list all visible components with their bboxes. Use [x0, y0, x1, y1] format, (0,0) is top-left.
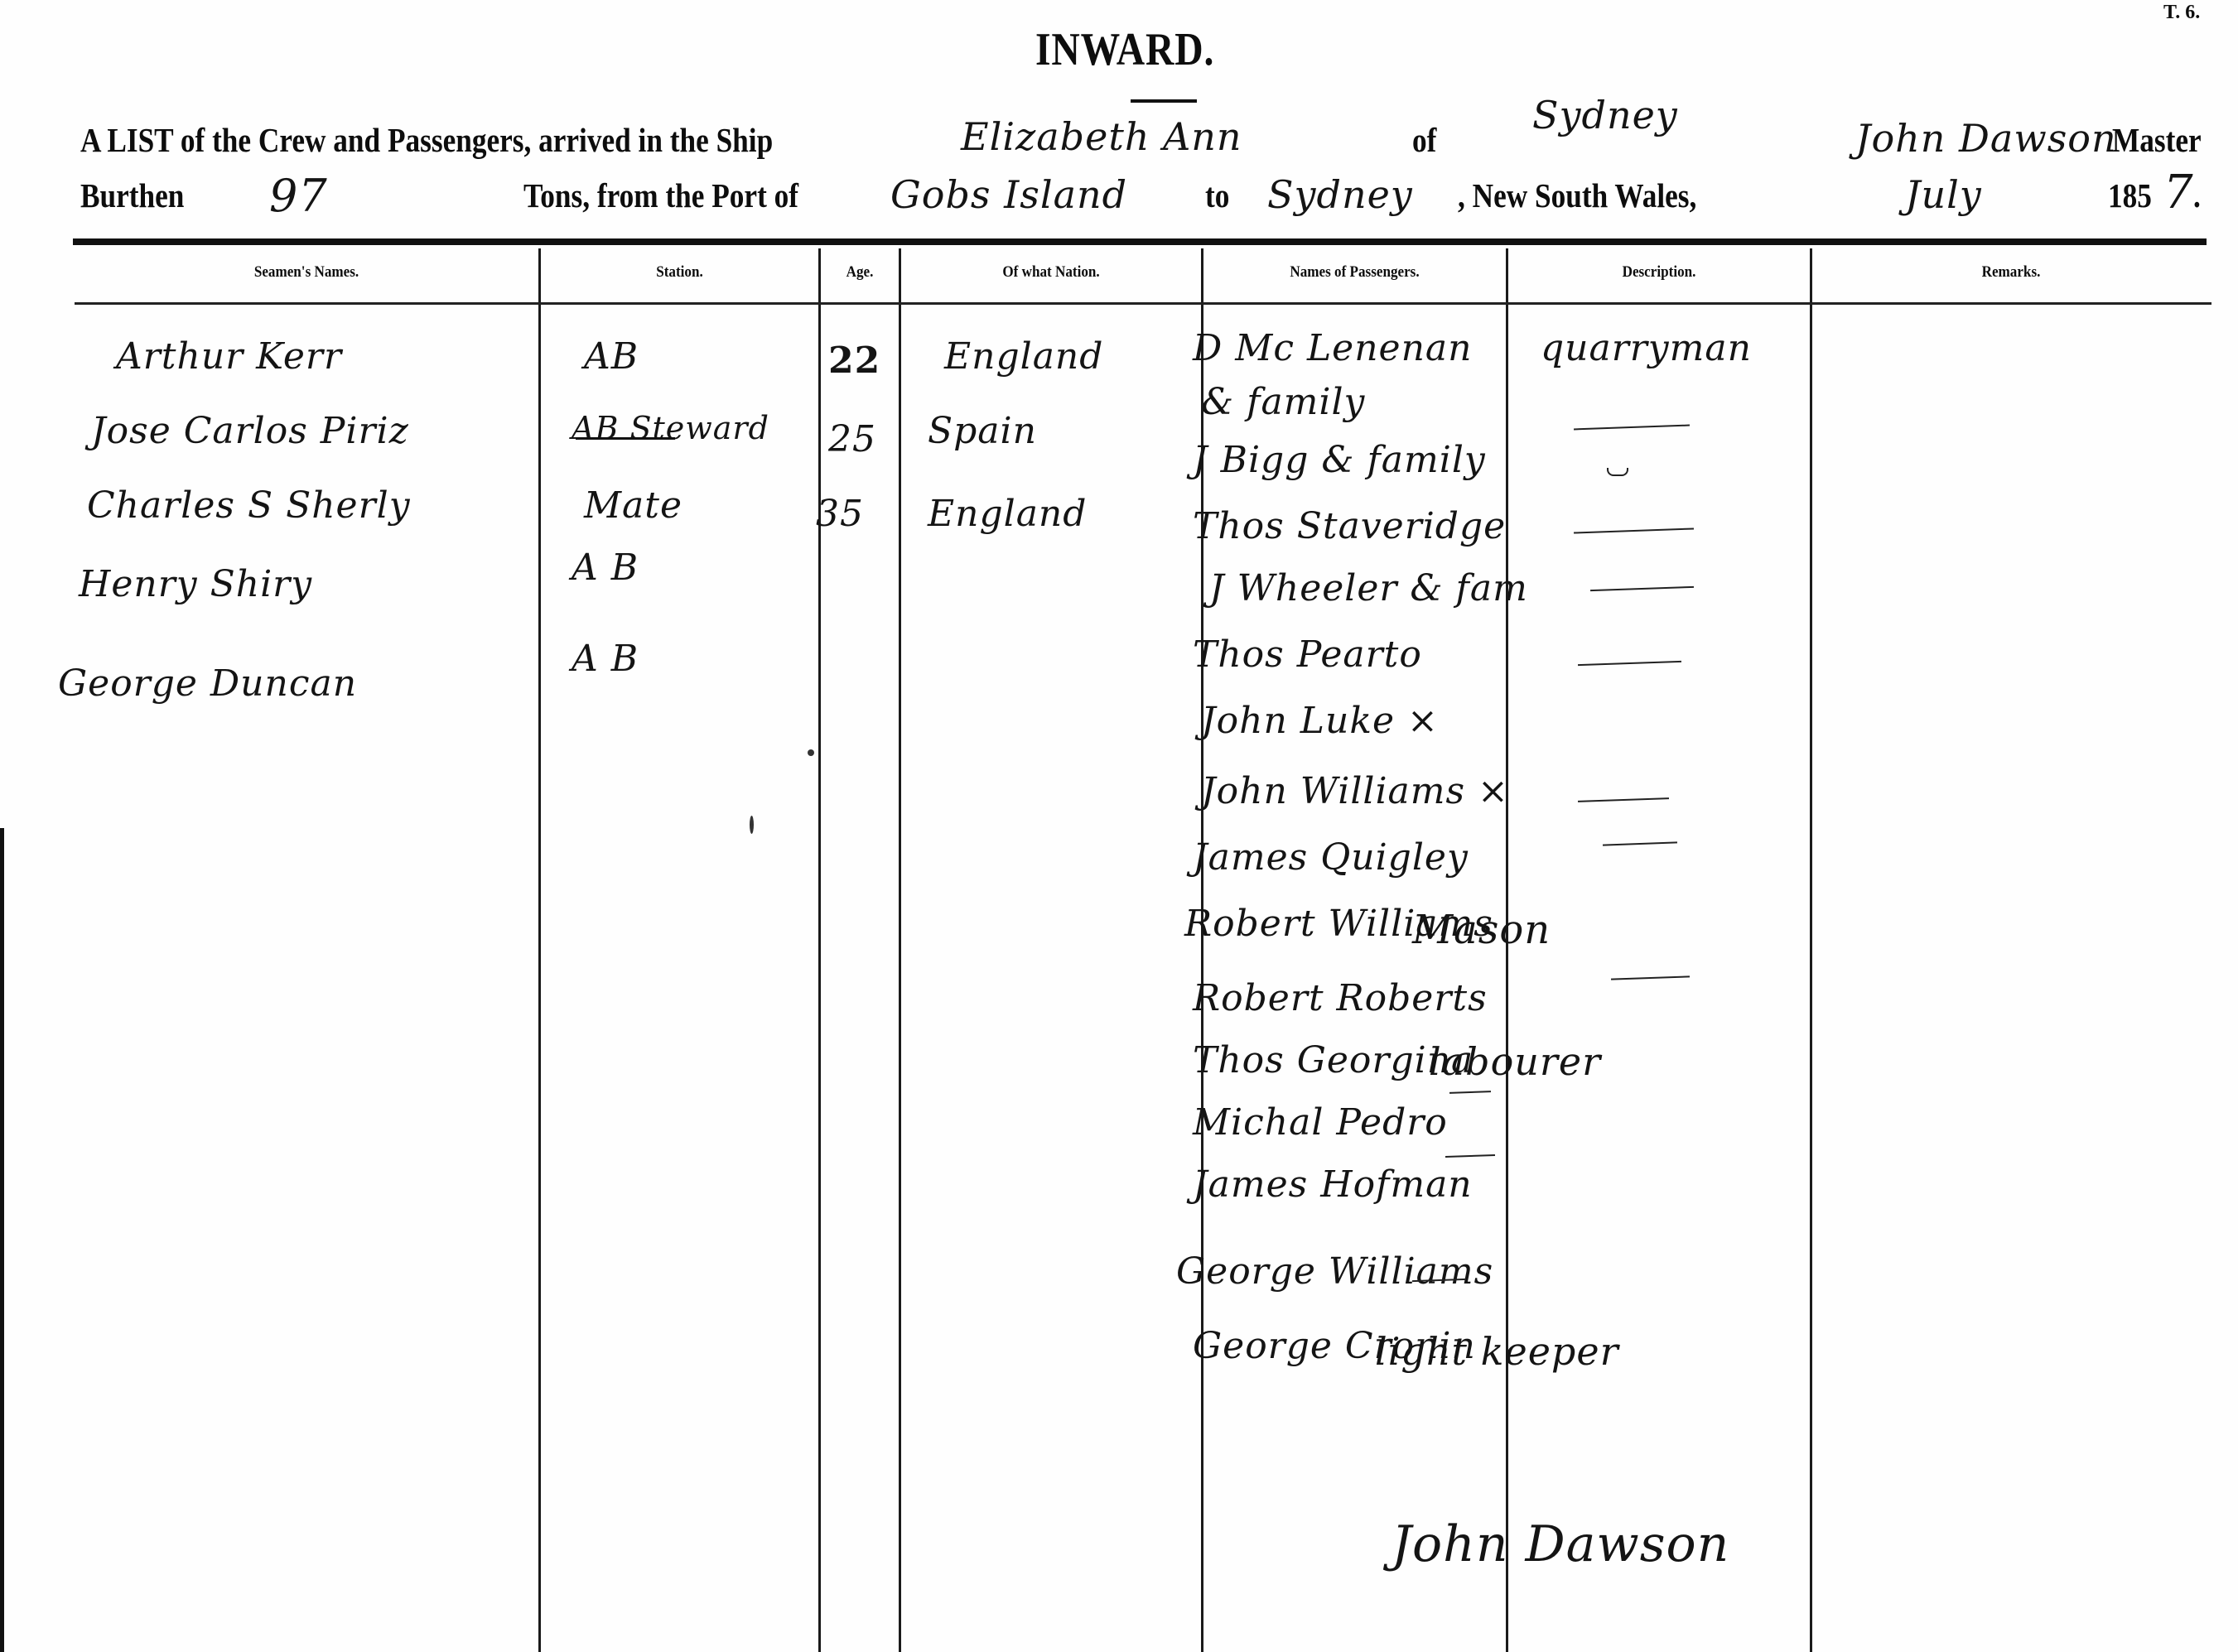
column-divider [818, 248, 821, 1652]
list-heading-label: A LIST of the Crew and Passengers, arriv… [80, 120, 773, 160]
to-port-field[interactable]: Sydney [1267, 172, 1413, 217]
passenger-description: labourer [1429, 1039, 1601, 1084]
ship-name-field[interactable]: Elizabeth Ann [961, 114, 1242, 159]
passenger-name: J Bigg & family [1193, 439, 1486, 481]
year-period: . [2193, 176, 2201, 215]
of-label: of [1412, 120, 1436, 160]
year-digit-field[interactable]: 7 [2163, 166, 2194, 219]
month-field[interactable]: July [1905, 172, 1982, 217]
crew-station: Mate [584, 484, 682, 527]
column-header-rule [75, 302, 2211, 305]
ditto-mark [1607, 468, 1628, 476]
burthen-value-field[interactable]: 97 [269, 170, 328, 222]
passenger-name: & family [1201, 381, 1365, 423]
ink-blot [808, 749, 814, 756]
ditto-mark [1603, 841, 1677, 845]
column-header-station: Station. [555, 263, 805, 282]
passenger-name: Robert Roberts [1193, 977, 1488, 1019]
ditto-mark [1574, 527, 1694, 533]
column-divider [899, 248, 901, 1652]
crew-station: AB Steward [572, 410, 769, 446]
ditto-mark [1578, 661, 1681, 666]
passenger-name: Thos Staveridge [1193, 505, 1506, 547]
passenger-name: D Mc Lenenan [1193, 327, 1473, 369]
ditto-mark [1445, 1154, 1495, 1158]
crew-name: George Duncan [58, 662, 357, 705]
ditto-mark [1578, 797, 1669, 802]
column-divider [538, 248, 541, 1652]
passenger-name: James Hofman [1193, 1163, 1473, 1206]
master-name-field[interactable]: John Dawson [1855, 116, 2117, 161]
year-printed: 185 [2108, 176, 2152, 215]
crew-age: 35 [816, 493, 864, 535]
header-divider [73, 238, 2207, 245]
crew-station: A B [572, 547, 639, 589]
column-header-nation: Of what Nation. [916, 263, 1186, 282]
passenger-name: Thos Pearto [1193, 633, 1422, 676]
document-title: INWARD. [1035, 23, 1214, 76]
crew-nation: England [928, 493, 1087, 535]
column-divider [1810, 248, 1812, 1652]
form-code: T. 6. [2163, 2, 2200, 24]
column-header-age: Age. [825, 263, 895, 282]
column-header-passengers: Names of Passengers. [1218, 263, 1491, 282]
passenger-description: quarryman [1541, 327, 1752, 369]
crew-name: Henry Shiry [79, 563, 312, 605]
master-label: Master [2112, 120, 2202, 160]
from-port-field[interactable]: Gobs Island [890, 172, 1127, 217]
passenger-name: John Luke × [1201, 700, 1439, 742]
crew-name: Jose Carlos Piriz [91, 410, 409, 452]
crew-name: Charles S Sherly [87, 484, 411, 527]
crew-nation: Spain [928, 410, 1037, 452]
new-south-wales-label: , New South Wales, [1458, 176, 1696, 215]
tons-from-port-label: Tons, from the Port of [523, 176, 798, 215]
crew-station: A B [572, 638, 639, 680]
title-underline [1131, 99, 1197, 103]
column-header-description: Description. [1523, 263, 1795, 282]
ink-blot [750, 816, 754, 834]
passenger-description: light keeper [1375, 1329, 1619, 1374]
crew-name: Arthur Kerr [116, 335, 342, 378]
burthen-label: Burthen [80, 176, 184, 215]
passenger-name: J Wheeler & fam [1209, 567, 1528, 609]
column-header-remarks: Remarks. [1832, 263, 2190, 282]
strikethrough-mark [576, 437, 675, 440]
column-header-seamen: Seamen's Names. [98, 263, 515, 282]
to-label: to [1205, 176, 1229, 215]
ditto-mark [1449, 1091, 1491, 1094]
passenger-name: John Williams × [1201, 770, 1509, 812]
ditto-mark [1611, 975, 1690, 980]
crew-age: 22 [828, 340, 880, 382]
passenger-name: Michal Pedro [1193, 1101, 1448, 1144]
passenger-description: Mason [1412, 907, 1551, 953]
passenger-name: George Williams [1176, 1250, 1493, 1293]
crew-nation: England [944, 335, 1103, 378]
ditto-mark [1574, 425, 1690, 431]
crew-age: 25 [828, 418, 876, 460]
ship-home-port-field[interactable]: Sydney [1532, 93, 1678, 137]
crew-station: AB [584, 335, 639, 378]
page-edge [0, 828, 4, 1652]
ditto-mark [1590, 586, 1694, 591]
master-signature: John Dawson [1392, 1515, 1729, 1573]
passenger-name: James Quigley [1193, 836, 1469, 879]
